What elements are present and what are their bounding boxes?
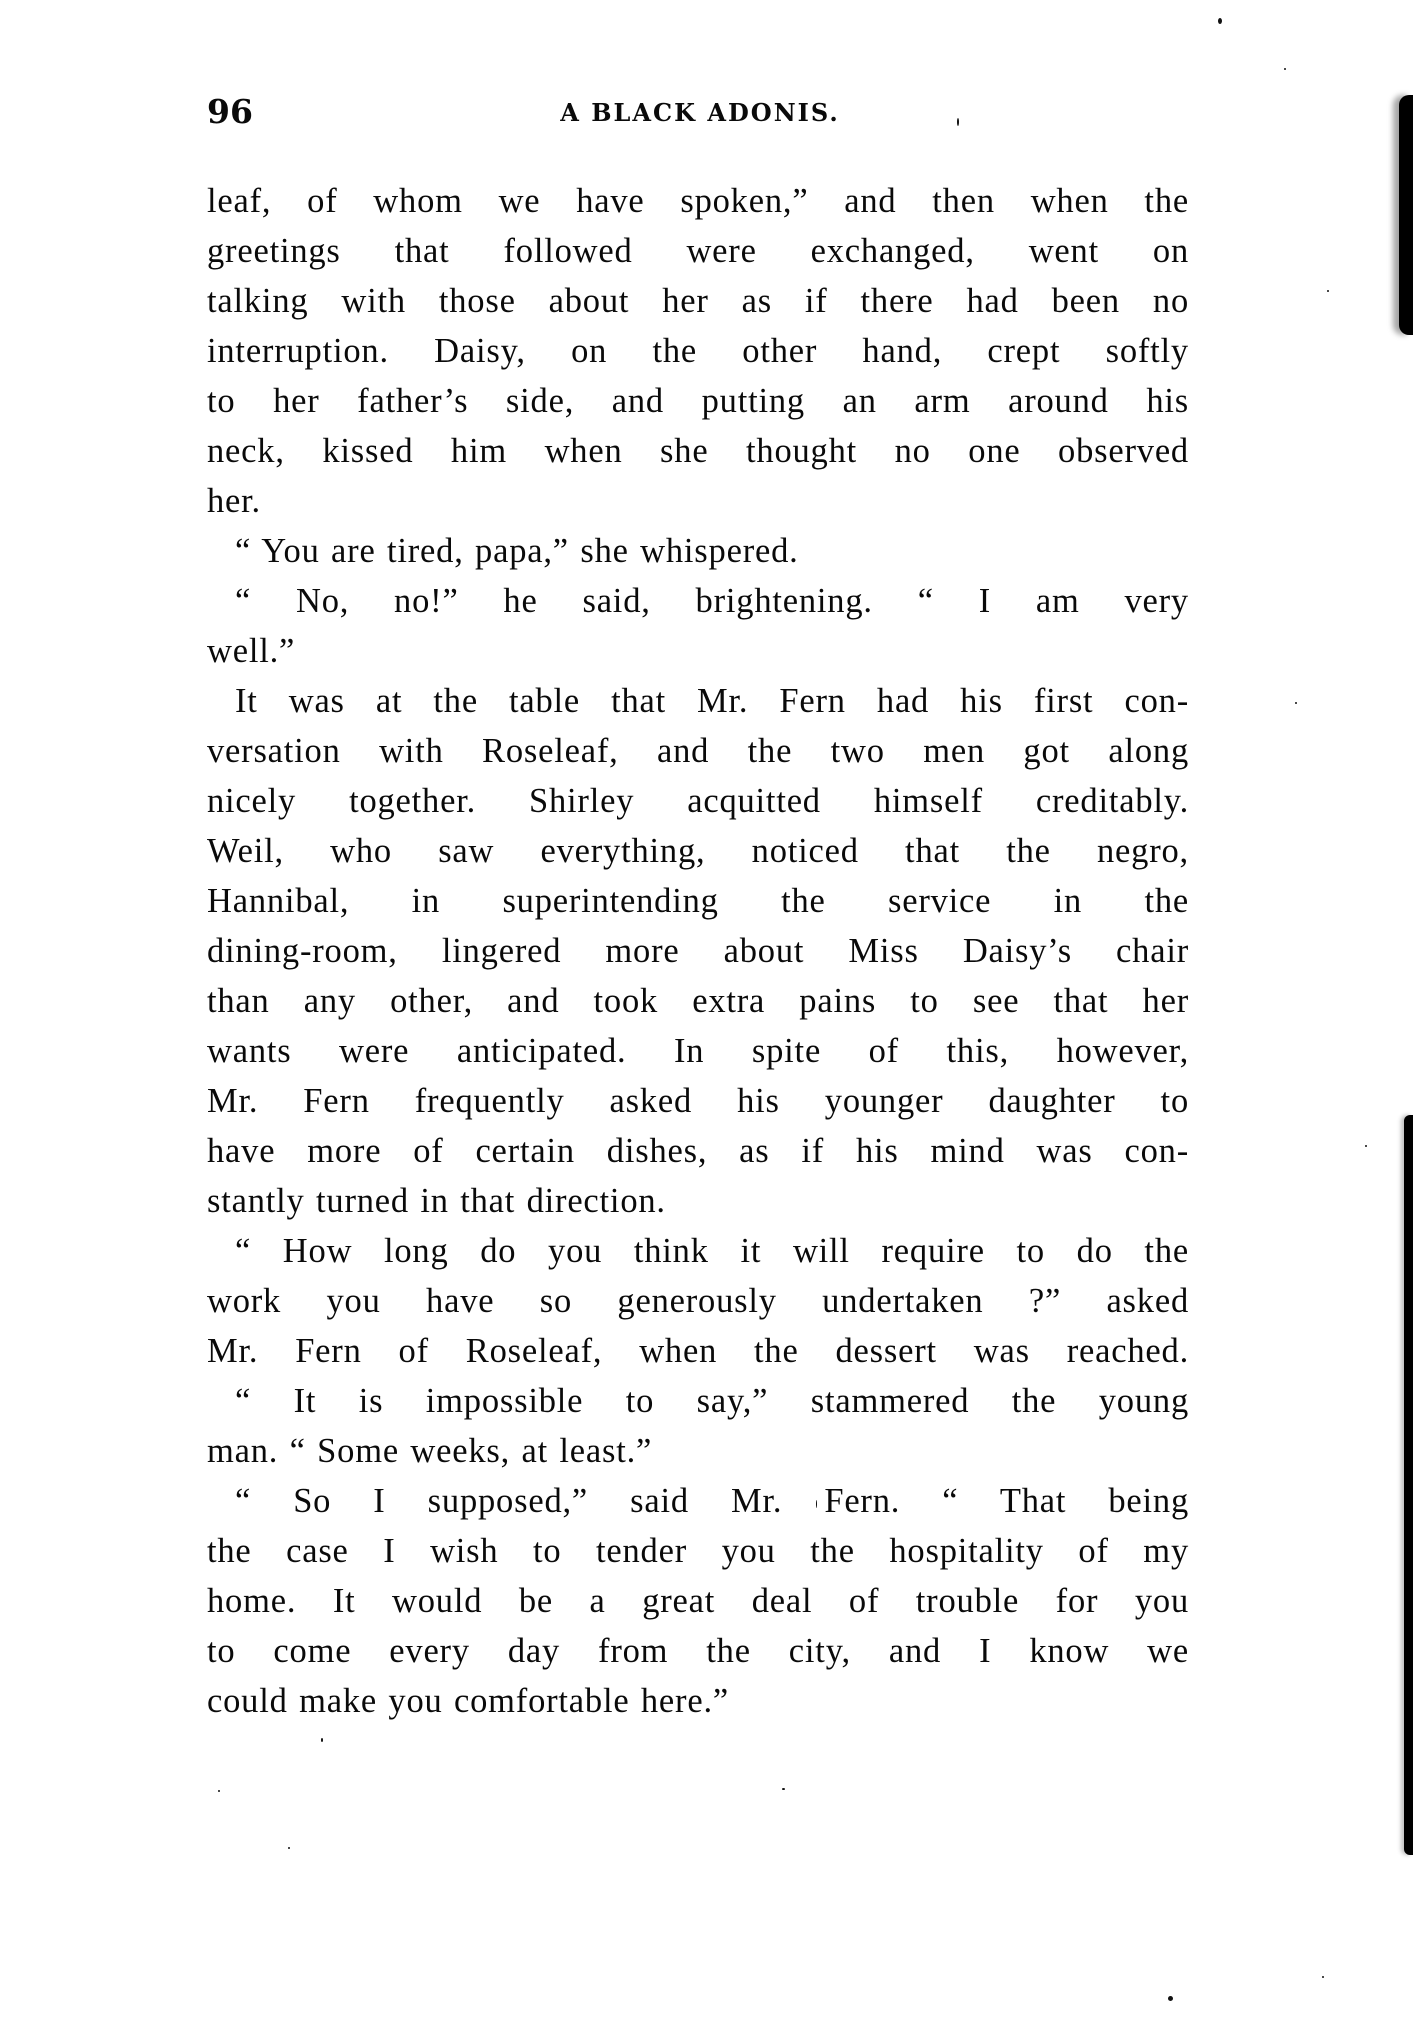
text-line: home. It would be a great deal of troubl… bbox=[207, 1579, 1189, 1629]
text-line: Hannibal, in superintending the service … bbox=[207, 879, 1189, 929]
scan-speck bbox=[782, 1788, 785, 1790]
text-line: It was at the table that Mr. Fern had hi… bbox=[207, 679, 1189, 729]
text-line: greetings that followed were exchanged, … bbox=[207, 229, 1189, 279]
text-line: nicely together. Shirley acquitted himse… bbox=[207, 779, 1189, 829]
text-line: Mr. Fern of Roseleaf, when the dessert w… bbox=[207, 1329, 1189, 1379]
running-title: A BLACK ADONIS. bbox=[547, 96, 853, 130]
text-line: “ It is impossible to say,” stammered th… bbox=[207, 1379, 1189, 1429]
text-line: “ You are tired, papa,” she whispered. bbox=[207, 529, 1189, 579]
body-text: leaf, of whom we have spoken,” and then … bbox=[207, 179, 1189, 1729]
scan-speck bbox=[321, 1738, 323, 1742]
scan-speck bbox=[1295, 702, 1297, 704]
scan-speck bbox=[1168, 1996, 1173, 2001]
text-line: “ No, no!” he said, brightening. “ I am … bbox=[207, 579, 1189, 629]
scan-speck bbox=[1322, 1976, 1324, 1978]
scan-speck bbox=[816, 1500, 817, 1508]
scan-shadow-bottom bbox=[1404, 1115, 1413, 1855]
text-line: leaf, of whom we have spoken,” and then … bbox=[207, 179, 1189, 229]
scan-speck bbox=[218, 1790, 220, 1792]
text-line: the case I wish to tender you the hospit… bbox=[207, 1529, 1189, 1579]
text-line: “ So I supposed,” said Mr. Fern. “ That … bbox=[207, 1479, 1189, 1529]
scan-shadow-top bbox=[1399, 95, 1413, 335]
book-page: 96 A BLACK ADONIS. leaf, of whom we have… bbox=[0, 0, 1413, 2031]
text-line: could make you comfortable here.” bbox=[207, 1679, 1189, 1729]
text-line: talking with those about her as if there… bbox=[207, 279, 1189, 329]
text-line: than any other, and took extra pains to … bbox=[207, 979, 1189, 1029]
text-line: man. “ Some weeks, at least.” bbox=[207, 1429, 1189, 1479]
running-head: 96 A BLACK ADONIS. bbox=[207, 92, 1189, 132]
scan-speck bbox=[1327, 290, 1329, 292]
page-number: 96 bbox=[207, 92, 253, 132]
scan-speck bbox=[1365, 1145, 1367, 1147]
text-line: to her father’s side, and putting an arm… bbox=[207, 379, 1189, 429]
text-line: have more of certain dishes, as if his m… bbox=[207, 1129, 1189, 1179]
text-line: stantly turned in that direction. bbox=[207, 1179, 1189, 1229]
text-line: wants were anticipated. In spite of this… bbox=[207, 1029, 1189, 1079]
scan-speck bbox=[1218, 18, 1222, 24]
text-line: her. bbox=[207, 479, 1189, 529]
scan-speck bbox=[288, 1847, 290, 1849]
text-line: “ How long do you think it will require … bbox=[207, 1229, 1189, 1279]
text-line: well.” bbox=[207, 629, 1189, 679]
text-line: neck, kissed him when she thought no one… bbox=[207, 429, 1189, 479]
text-line: Weil, who saw everything, noticed that t… bbox=[207, 829, 1189, 879]
text-line: dining-room, lingered more about Miss Da… bbox=[207, 929, 1189, 979]
text-line: versation with Roseleaf, and the two men… bbox=[207, 729, 1189, 779]
text-line: interruption. Daisy, on the other hand, … bbox=[207, 329, 1189, 379]
scan-speck bbox=[1284, 68, 1286, 70]
text-line: Mr. Fern frequently asked his younger da… bbox=[207, 1079, 1189, 1129]
scan-speck bbox=[957, 118, 959, 126]
text-line: to come every day from the city, and I k… bbox=[207, 1629, 1189, 1679]
text-line: work you have so generously undertaken ?… bbox=[207, 1279, 1189, 1329]
